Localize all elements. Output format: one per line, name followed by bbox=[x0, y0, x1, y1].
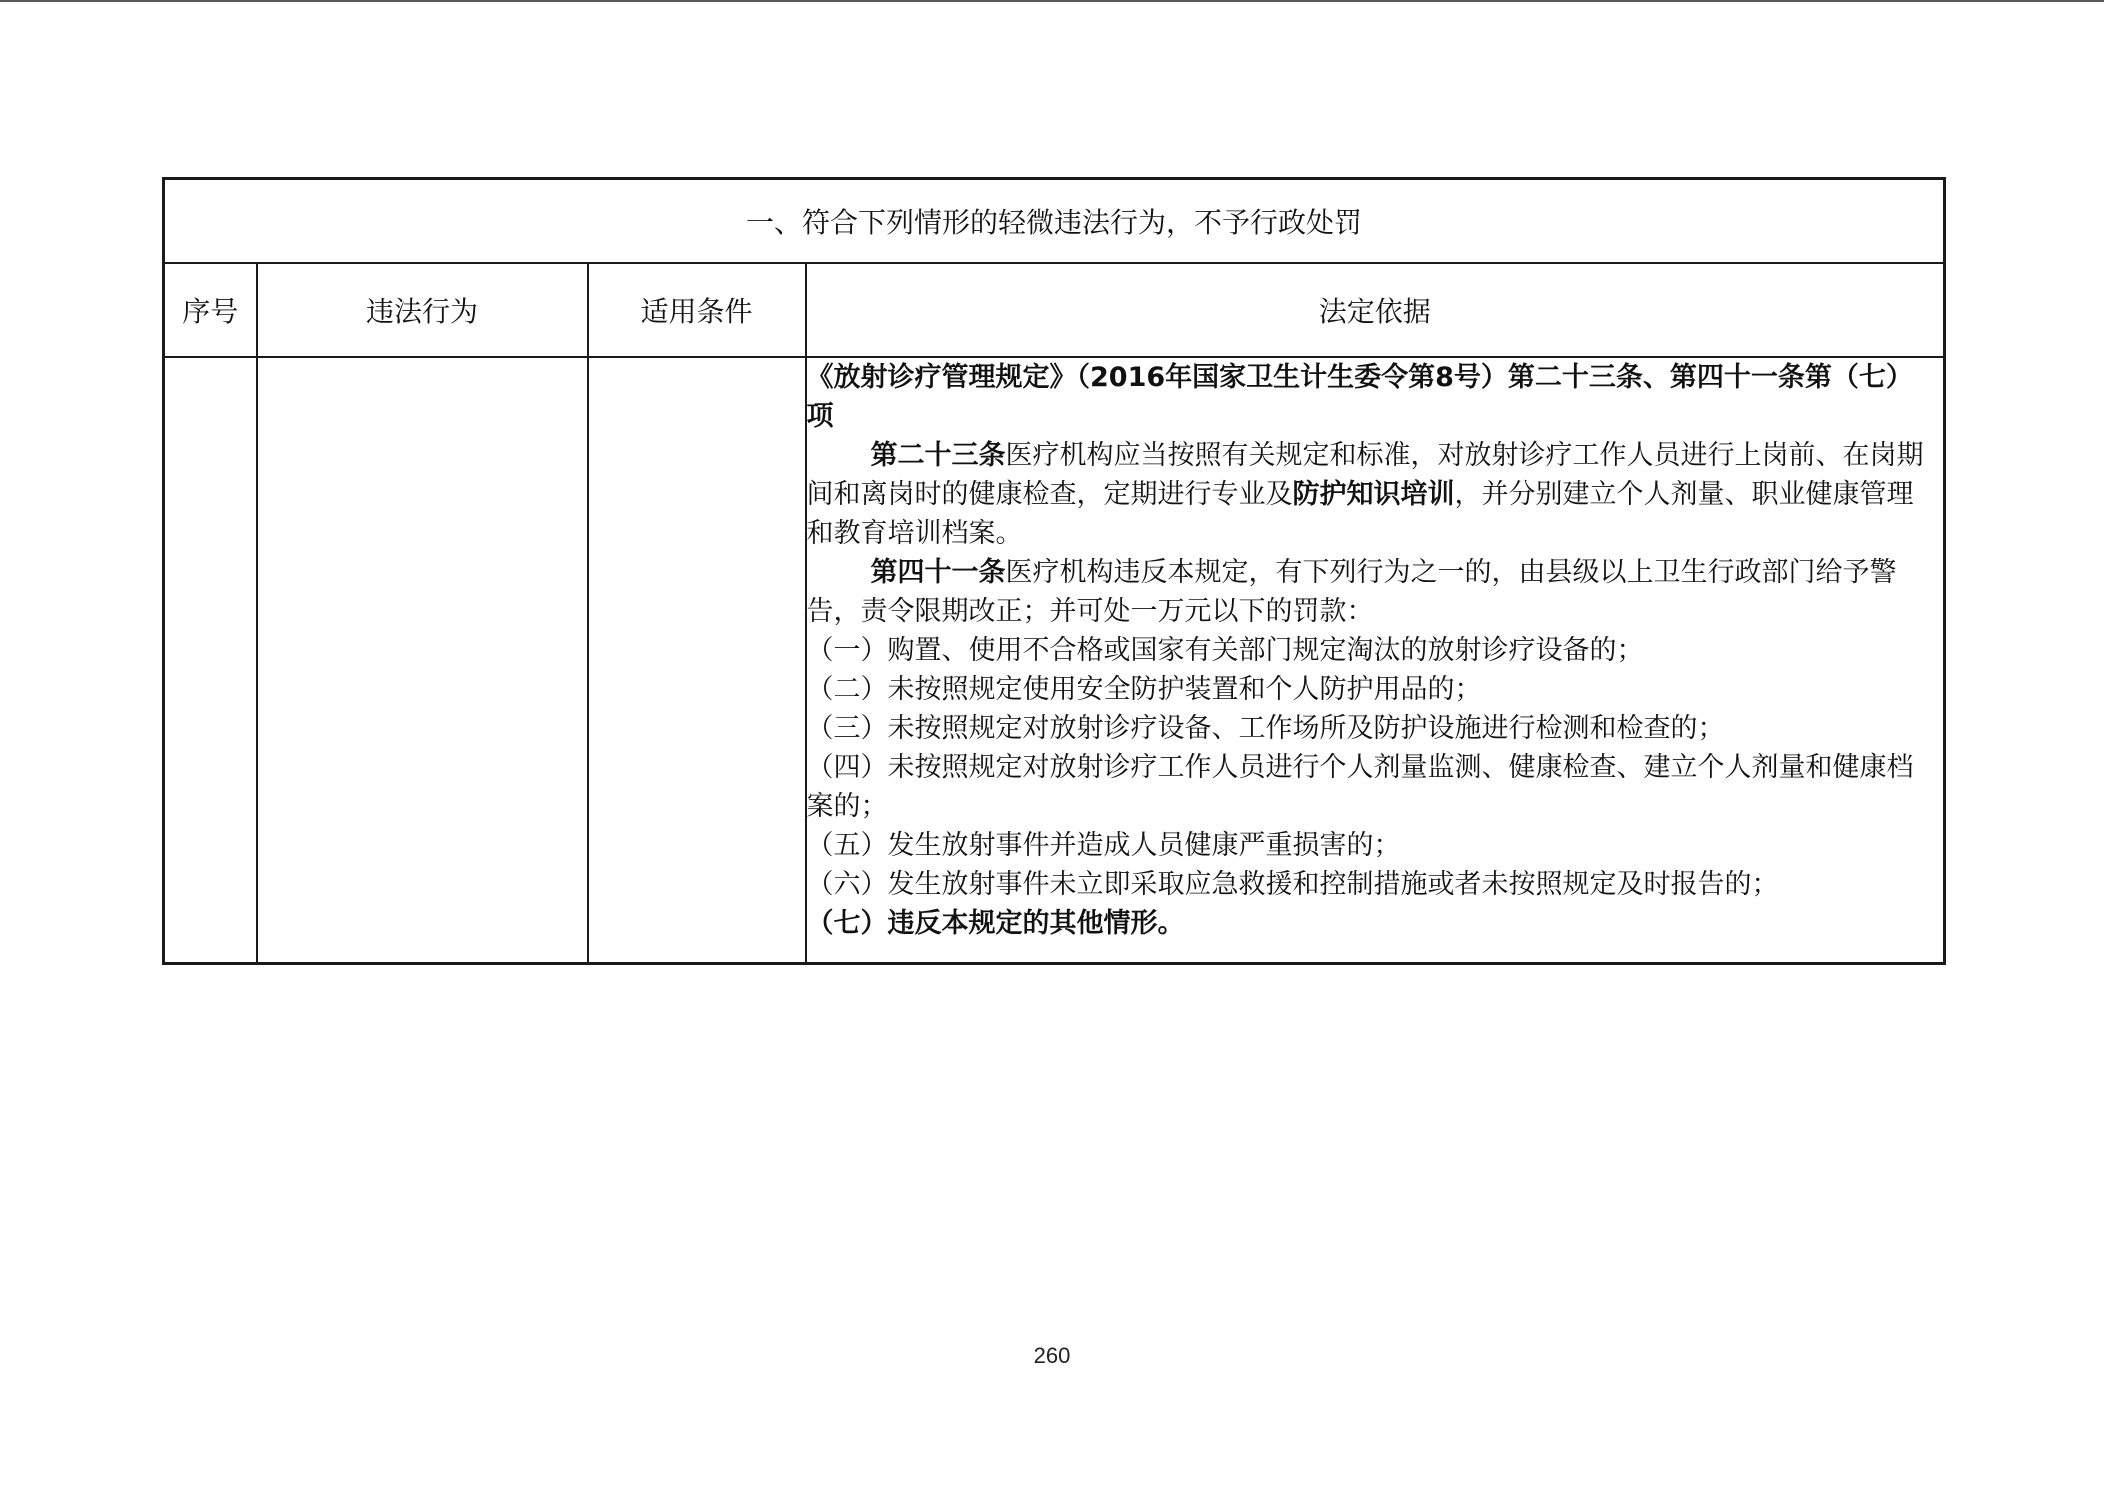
header-conditions: 适用条件 bbox=[588, 263, 806, 357]
article-41-title: 第四十一条 bbox=[871, 557, 1006, 588]
cell-seq bbox=[164, 357, 257, 964]
article-23-title: 第二十三条 bbox=[871, 440, 1006, 471]
article-41-item-6: （六）发生放射事件未立即采取应急救援和控制措施或者未按照规定及时报告的； bbox=[807, 865, 1930, 904]
article-41-item-2: （二）未按照规定使用安全防护装置和个人防护用品的； bbox=[807, 670, 1930, 709]
table-title: 一、符合下列情形的轻微违法行为，不予行政处罚 bbox=[164, 179, 1945, 264]
article-41-item-1: （一）购置、使用不合格或国家有关部门规定淘汰的放射诊疗设备的； bbox=[807, 631, 1930, 670]
page-top-border bbox=[0, 0, 2104, 2]
penalty-exemption-table: 一、符合下列情形的轻微违法行为，不予行政处罚 序号 违法行为 适用条件 法定依据… bbox=[162, 177, 1946, 965]
cell-conditions bbox=[588, 357, 806, 964]
article-23-text-bold: 防护知识培训 bbox=[1293, 479, 1455, 510]
article-23: 第二十三条医疗机构应当按照有关规定和标准，对放射诊疗工作人员进行上岗前、在岗期间… bbox=[807, 436, 1930, 553]
article-41-item-7: （七）违反本规定的其他情形。 bbox=[807, 904, 1930, 943]
cell-legal-basis: 《放射诊疗管理规定》（2016年国家卫生计生委令第8号）第二十三条、第四十一条第… bbox=[806, 357, 1945, 964]
table-title-row: 一、符合下列情形的轻微违法行为，不予行政处罚 bbox=[164, 179, 1945, 264]
cell-violation bbox=[257, 357, 588, 964]
table-header-row: 序号 违法行为 适用条件 法定依据 bbox=[164, 263, 1945, 357]
header-violation: 违法行为 bbox=[257, 263, 588, 357]
article-41-item-4: （四）未按照规定对放射诊疗工作人员进行个人剂量监测、健康检查、建立个人剂量和健康… bbox=[807, 748, 1930, 826]
article-41-item-5: （五）发生放射事件并造成人员健康严重损害的； bbox=[807, 826, 1930, 865]
article-41-item-3: （三）未按照规定对放射诊疗设备、工作场所及防护设施进行检测和检查的； bbox=[807, 709, 1930, 748]
table-row: 《放射诊疗管理规定》（2016年国家卫生计生委令第8号）第二十三条、第四十一条第… bbox=[164, 357, 1945, 964]
header-seq: 序号 bbox=[164, 263, 257, 357]
header-legal-basis: 法定依据 bbox=[806, 263, 1945, 357]
article-41: 第四十一条医疗机构违反本规定，有下列行为之一的，由县级以上卫生行政部门给予警告，… bbox=[807, 553, 1930, 631]
page-number: 260 bbox=[1002, 1343, 1102, 1369]
basis-citation: 《放射诊疗管理规定》（2016年国家卫生计生委令第8号）第二十三条、第四十一条第… bbox=[807, 358, 1930, 436]
